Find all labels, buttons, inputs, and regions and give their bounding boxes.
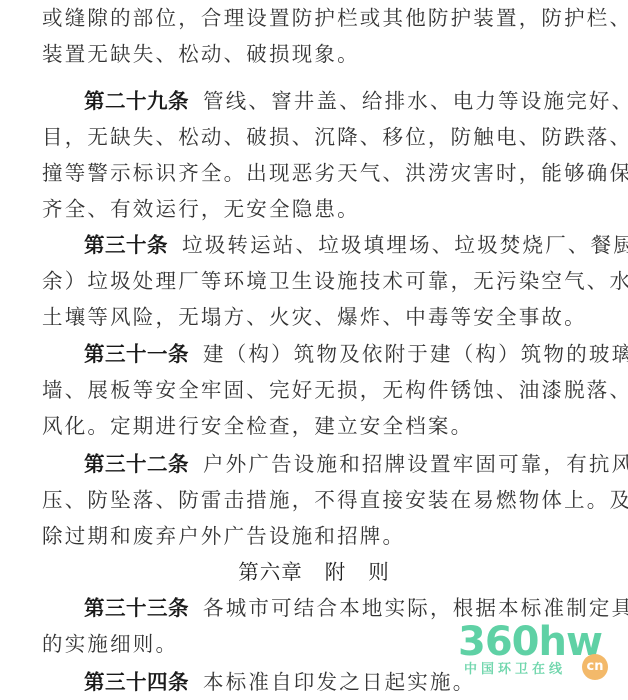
article-text: 管线、窨井盖、给排水、电力等设施完好、醒 bbox=[203, 89, 628, 113]
article-text: 建（构）筑物及依附于建（构）筑物的玻璃幕 bbox=[203, 342, 628, 366]
text-line: 墙、展板等安全牢固、完好无损，无构件锈蚀、油漆脱落、龟裂、 bbox=[42, 378, 590, 402]
article-heading: 第二十九条 bbox=[84, 89, 189, 113]
article-32: 第三十二条户外广告设施和招牌设置牢固可靠，有抗风 bbox=[84, 452, 590, 476]
watermark-cn-badge-icon: cn bbox=[582, 654, 608, 680]
text-line: 风化。定期进行安全检查，建立安全档案。 bbox=[42, 414, 590, 438]
watermark-main-text: 360hw bbox=[458, 622, 602, 662]
article-30: 第三十条垃圾转运站、垃圾填埋场、垃圾焚烧厂、餐厨（厨 bbox=[84, 233, 590, 257]
text-line: 齐全、有效运行，无安全隐患。 bbox=[42, 197, 590, 221]
article-heading: 第三十一条 bbox=[84, 342, 189, 366]
article-text: 各城市可结合本地实际，根据本标准制定具体 bbox=[203, 596, 628, 620]
article-heading: 第三十二条 bbox=[84, 452, 189, 476]
chapter-number: 第六章 bbox=[238, 560, 303, 584]
article-heading: 第三十三条 bbox=[84, 596, 189, 620]
article-text: 垃圾转运站、垃圾填埋场、垃圾焚烧厂、餐厨（厨 bbox=[182, 233, 628, 257]
text-line: 压、防坠落、防雷击措施，不得直接安装在易燃物体上。及时拆 bbox=[42, 488, 590, 512]
watermark-logo: 360hw 中国环卫在线 cn bbox=[458, 622, 608, 682]
article-text: 户外广告设施和招牌设置牢固可靠，有抗风 bbox=[203, 452, 628, 476]
text-line: 或缝隙的部位，合理设置防护栏或其他防护装置，防护栏、防护 bbox=[42, 6, 590, 30]
article-29: 第二十九条管线、窨井盖、给排水、电力等设施完好、醒 bbox=[84, 89, 590, 113]
article-text: 本标准自印发之日起实施。 bbox=[203, 670, 475, 694]
chapter-heading: 第六章附则 bbox=[0, 560, 628, 584]
text-line: 目，无缺失、松动、破损、沉降、移位，防触电、防跌落、防碰 bbox=[42, 125, 590, 149]
text-line: 土壤等风险，无塌方、火灾、爆炸、中毒等安全事故。 bbox=[42, 305, 590, 329]
text-line: 除过期和废弃户外广告设施和招牌。 bbox=[42, 524, 590, 548]
chapter-title-part: 则 bbox=[368, 560, 390, 584]
chapter-title-part: 附 bbox=[325, 560, 347, 584]
text-line: 装置无缺失、松动、破损现象。 bbox=[42, 42, 590, 66]
watermark-sub-text: 中国环卫在线 bbox=[464, 662, 566, 678]
article-31: 第三十一条建（构）筑物及依附于建（构）筑物的玻璃幕 bbox=[84, 342, 590, 366]
article-33: 第三十三条各城市可结合本地实际，根据本标准制定具体 bbox=[84, 596, 590, 620]
text-line: 撞等警示标识齐全。出现恶劣天气、洪涝灾害时，能够确保设施 bbox=[42, 161, 590, 185]
text-line: 余）垃圾处理厂等环境卫生设施技术可靠，无污染空气、水体、 bbox=[42, 269, 590, 293]
article-heading: 第三十条 bbox=[84, 233, 168, 257]
document-page: 或缝隙的部位，合理设置防护栏或其他防护装置，防护栏、防护 装置无缺失、松动、破损… bbox=[0, 0, 628, 700]
article-heading: 第三十四条 bbox=[84, 670, 189, 694]
